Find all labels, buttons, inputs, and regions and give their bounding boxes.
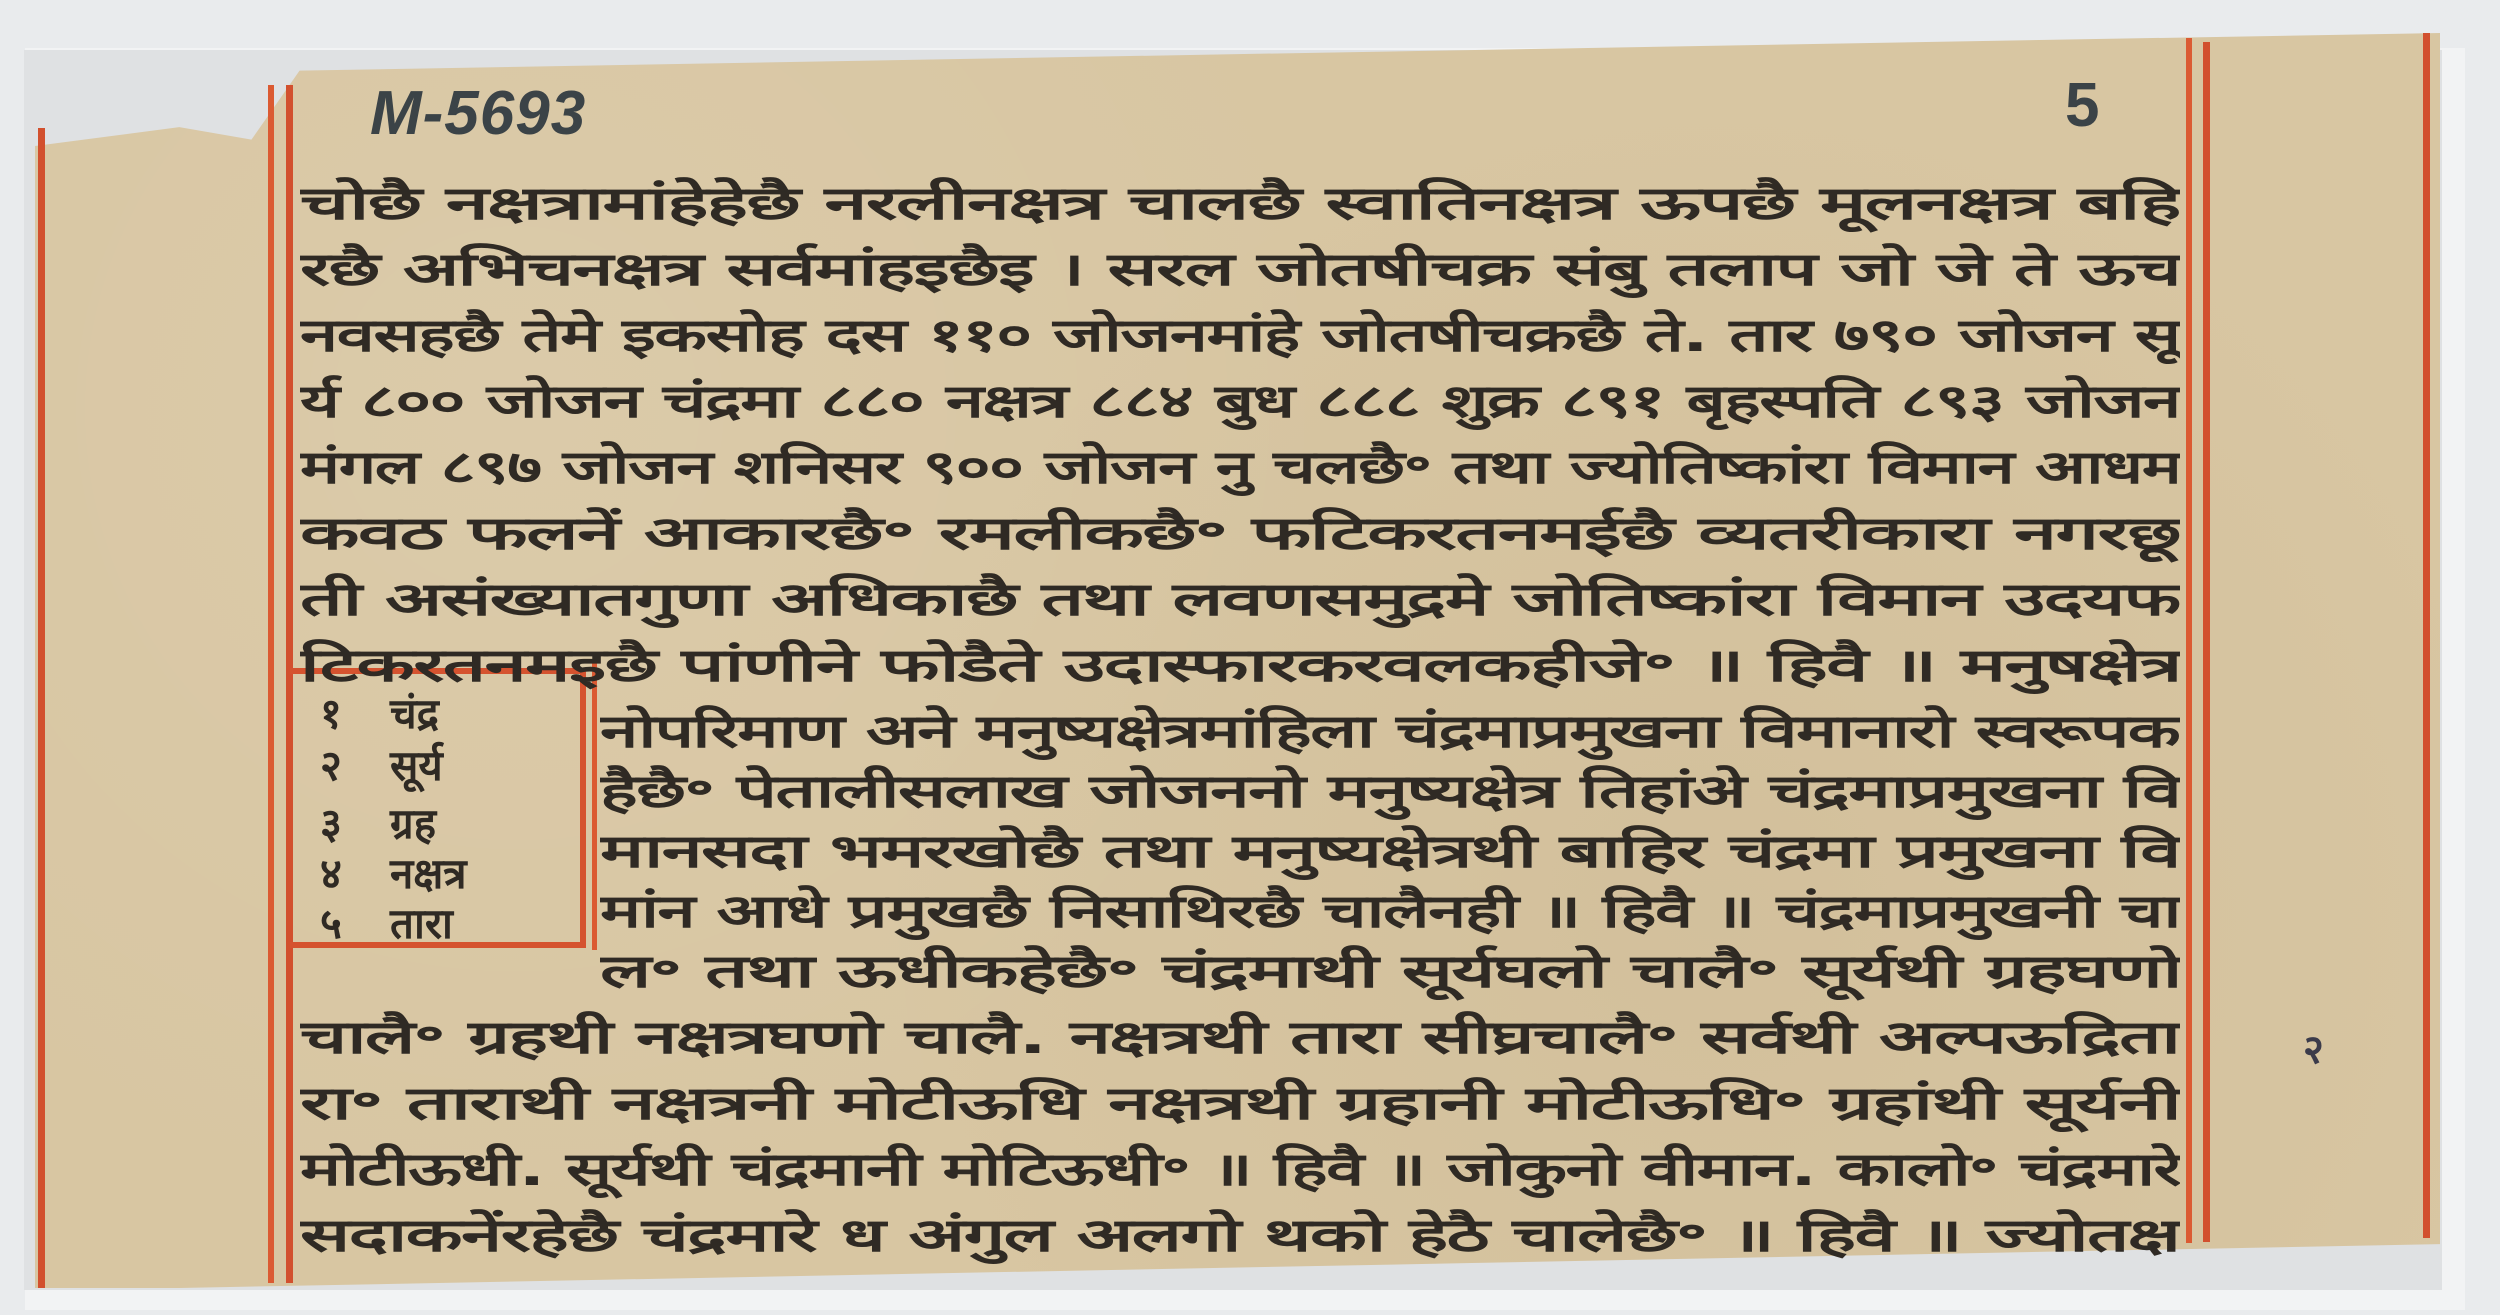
- margin-mark: २: [2303, 1020, 2324, 1075]
- item-label: तारा: [390, 899, 453, 948]
- box-item: २सूर्य: [320, 736, 443, 793]
- text-line: रछै अभिचनक्षत्र सर्वमांहइछैइ । सरल जोतषी…: [300, 236, 2180, 302]
- text-line: ल॰ तथा ऊधीकहेछै॰ चंद्रमाथी सूर्यघलो चालै…: [600, 938, 2180, 1004]
- text-line: नोपरिमाण अने मनुष्यक्षेत्रमांहिला चंद्रम…: [600, 698, 2180, 764]
- text-line: ती असंख्यातगुणा अधिकाछै तथा लवणसमुद्रमे …: [300, 566, 2180, 632]
- box-right-rule: [592, 660, 597, 950]
- right-outer-rule: [2423, 33, 2430, 1238]
- text-line: चालै॰ ग्रहथी नक्षत्रघणो चालै. नक्षत्रथी …: [300, 1004, 2180, 1070]
- manuscript-number: M-5693: [370, 78, 586, 149]
- left-inner-rule-1: [268, 85, 274, 1283]
- text-line: मोटीऊधी. सूर्यथी चंद्रमानी मोटिऊधी॰ ॥ हि…: [300, 1136, 2180, 1202]
- text-line: सदाकनेंरहेछै चंद्रमारे ध अंगुल अलगो थको …: [300, 1202, 2180, 1268]
- text-line: टिकरतनमइछै पांणीने फोडैते उदास्फारकरवलकह…: [300, 632, 2180, 698]
- item-label: नक्षत्र: [390, 849, 467, 898]
- text-line: मानसदा भमरखोछै तथा मनुष्यक्षेत्रथी बाहिर…: [600, 818, 2180, 884]
- box-item: ५तारा: [320, 894, 453, 951]
- right-inner-rule-1: [2186, 38, 2192, 1243]
- item-number: २: [320, 736, 390, 793]
- folio-number: 5: [2065, 70, 2099, 141]
- item-number: ५: [320, 894, 390, 951]
- text-line: चोछै नक्षत्रामांहेहेछै नरलीनक्षत्र चालछै…: [300, 170, 2180, 236]
- item-label: ग्रह: [390, 799, 436, 848]
- right-inner-rule-2: [2203, 42, 2210, 1242]
- text-line: मांन आधे प्रमुखछै निसाथिरछै चालैनही ॥ हि…: [600, 878, 2180, 944]
- item-number: ३: [320, 794, 390, 851]
- text-line: नवसहछै तेमे इकसोह दस ११० जोजनमांहे जोतषी…: [300, 302, 2180, 368]
- box-item: ३ग्रह: [320, 794, 436, 851]
- text-line: र्य ८०० जोजन चंद्रमा ८८० नक्षत्र ८८४ बुध…: [300, 368, 2180, 434]
- text-line: हैछै॰ पेतालीसलाख जोजननो मनुष्यक्षेत्र ति…: [600, 758, 2180, 824]
- text-line: मंगल ८९७ जोजन शनिसर ९०० जोजन नु चलछै॰ तथ…: [300, 434, 2180, 500]
- planet-list-box: १चंद्र २सूर्य ३ग्रह ४नक्षत्र ५तारा: [290, 668, 586, 948]
- item-number: ४: [320, 844, 390, 901]
- left-outer-rule: [38, 128, 45, 1288]
- item-label: सूर्य: [390, 741, 443, 790]
- text-line: कवठ फलनें आकारछै॰ रमलीकछै॰ फटिकरतनमईछै व…: [300, 500, 2180, 566]
- box-item: ४नक्षत्र: [320, 844, 467, 901]
- text-line: रा॰ ताराथी नक्षत्रनी मोटीऊधि नक्षत्रथी ग…: [300, 1070, 2180, 1136]
